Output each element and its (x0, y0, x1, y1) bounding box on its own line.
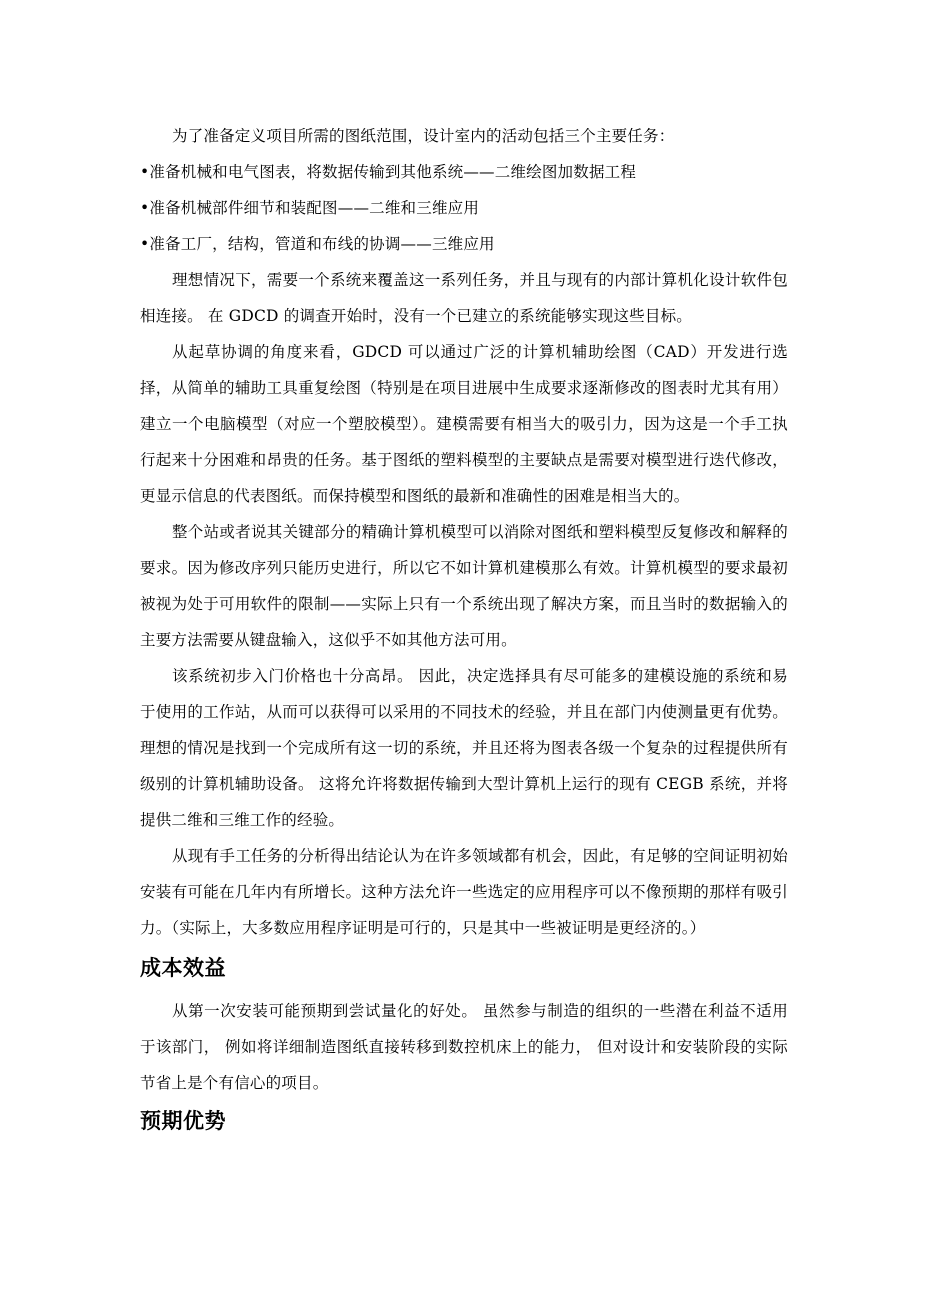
intro-paragraph: 为了准备定义项目所需的图纸范围，设计室内的活动包括三个主要任务： (140, 118, 788, 154)
paragraph-cost-benefit: 从第一次安装可能预期到尝试量化的好处。 虽然参与制造的组织的一些潜在利益不适用于… (140, 993, 788, 1101)
section-heading-cost-benefit: 成本效益 (140, 954, 788, 982)
task-bullet-3: •准备工厂，结构，管道和布线的协调——三维应用 (140, 226, 788, 262)
paragraph-drafting-coordination: 从起草协调的角度来看，GDCD 可以通过广泛的计算机辅助绘图（CAD）开发进行选… (140, 334, 788, 514)
paragraph-ideal-system: 理想情况下，需要一个系统来覆盖这一系列任务，并且与现有的内部计算机化设计软件包相… (140, 262, 788, 334)
paragraph-manual-analysis: 从现有手工任务的分析得出结论认为在许多领域都有机会，因此，有足够的空间证明初始安… (140, 838, 788, 946)
section-heading-expected-advantages: 预期优势 (140, 1107, 788, 1135)
task-list: •准备机械和电气图表，将数据传输到其他系统——二维绘图加数据工程 •准备机械部件… (140, 154, 788, 262)
paragraph-computer-model: 整个站或者说其关键部分的精确计算机模型可以消除对图纸和塑料模型反复修改和解释的要… (140, 514, 788, 658)
paragraph-entry-price: 该系统初步入门价格也十分高昂。 因此，决定选择具有尽可能多的建模设施的系统和易于… (140, 658, 788, 838)
task-bullet-2: •准备机械部件细节和装配图——二维和三维应用 (140, 190, 788, 226)
task-bullet-1: •准备机械和电气图表，将数据传输到其他系统——二维绘图加数据工程 (140, 154, 788, 190)
document-page: 为了准备定义项目所需的图纸范围，设计室内的活动包括三个主要任务： •准备机械和电… (140, 118, 788, 1146)
